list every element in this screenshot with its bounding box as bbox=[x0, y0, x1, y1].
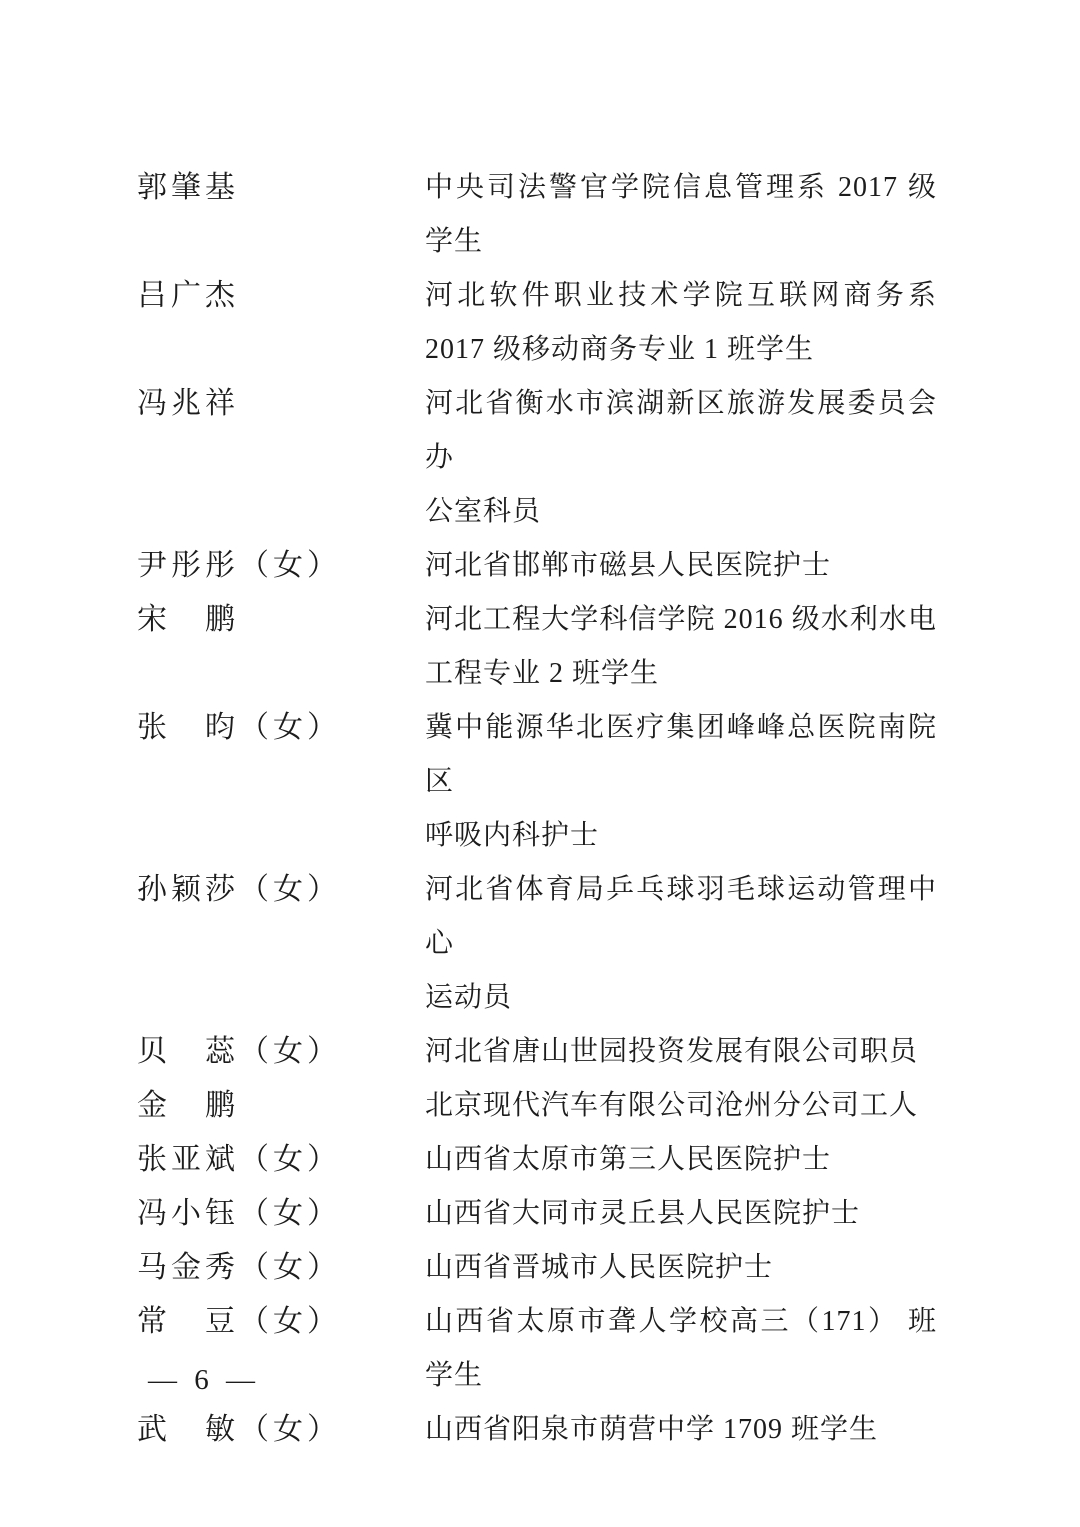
description-line: 山西省太原市聋人学校高三（171） 班 bbox=[425, 1295, 937, 1349]
honoree-name: 张 昀（女） bbox=[137, 701, 425, 755]
list-item: 郭肇基中央司法警官学院信息管理系 2017 级学生 bbox=[137, 161, 937, 269]
description-line: 学生 bbox=[425, 1349, 937, 1403]
honoree-description: 北京现代汽车有限公司沧州分公司工人 bbox=[425, 1079, 937, 1133]
list-item: 张亚斌（女）山西省太原市第三人民医院护士 bbox=[137, 1133, 937, 1187]
list-item: 金 鹏北京现代汽车有限公司沧州分公司工人 bbox=[137, 1079, 937, 1133]
list-item: 吕广杰河北软件职业技术学院互联网商务系2017 级移动商务专业 1 班学生 bbox=[137, 269, 937, 377]
honoree-description: 山西省阳泉市荫营中学 1709 班学生 bbox=[425, 1403, 937, 1457]
honoree-name: 尹彤彤（女） bbox=[137, 539, 425, 593]
description-line: 山西省阳泉市荫营中学 1709 班学生 bbox=[425, 1403, 937, 1457]
description-line: 学生 bbox=[425, 215, 937, 269]
honoree-description: 河北省体育局乒乓球羽毛球运动管理中心运动员 bbox=[425, 863, 937, 1025]
honoree-name: 金 鹏 bbox=[137, 1079, 425, 1133]
honoree-name: 贝 蕊（女） bbox=[137, 1025, 425, 1079]
description-line: 河北省体育局乒乓球羽毛球运动管理中心 bbox=[425, 863, 937, 971]
honoree-description: 河北省唐山世园投资发展有限公司职员 bbox=[425, 1025, 937, 1079]
honoree-description: 山西省大同市灵丘县人民医院护士 bbox=[425, 1187, 937, 1241]
description-line: 河北软件职业技术学院互联网商务系 bbox=[425, 269, 937, 323]
description-line: 山西省大同市灵丘县人民医院护士 bbox=[425, 1187, 937, 1241]
honoree-name: 张亚斌（女） bbox=[137, 1133, 425, 1187]
list-item: 贝 蕊（女）河北省唐山世园投资发展有限公司职员 bbox=[137, 1025, 937, 1079]
list-item: 宋 鹏河北工程大学科信学院 2016 级水利水电工程专业 2 班学生 bbox=[137, 593, 937, 701]
description-line: 公室科员 bbox=[425, 485, 937, 539]
description-line: 冀中能源华北医疗集团峰峰总医院南院区 bbox=[425, 701, 937, 809]
description-line: 2017 级移动商务专业 1 班学生 bbox=[425, 323, 937, 377]
honoree-list: 郭肇基中央司法警官学院信息管理系 2017 级学生吕广杰河北软件职业技术学院互联… bbox=[137, 161, 937, 1457]
description-line: 河北工程大学科信学院 2016 级水利水电 bbox=[425, 593, 937, 647]
honoree-name: 冯兆祥 bbox=[137, 377, 425, 431]
list-item: 冯小钰（女）山西省大同市灵丘县人民医院护士 bbox=[137, 1187, 937, 1241]
list-item: 冯兆祥河北省衡水市滨湖新区旅游发展委员会办公室科员 bbox=[137, 377, 937, 539]
list-item: 武 敏（女）山西省阳泉市荫营中学 1709 班学生 bbox=[137, 1403, 937, 1457]
honoree-name: 郭肇基 bbox=[137, 161, 425, 215]
list-item: 张 昀（女）冀中能源华北医疗集团峰峰总医院南院区呼吸内科护士 bbox=[137, 701, 937, 863]
honoree-name: 孙颖莎（女） bbox=[137, 863, 425, 917]
honoree-description: 中央司法警官学院信息管理系 2017 级学生 bbox=[425, 161, 937, 269]
page-number: — 6 — bbox=[148, 1363, 257, 1397]
honoree-description: 河北省衡水市滨湖新区旅游发展委员会办公室科员 bbox=[425, 377, 937, 539]
description-line: 河北省邯郸市磁县人民医院护士 bbox=[425, 539, 937, 593]
list-item: 常 豆（女）山西省太原市聋人学校高三（171） 班学生 bbox=[137, 1295, 937, 1403]
description-line: 河北省唐山世园投资发展有限公司职员 bbox=[425, 1025, 937, 1079]
honoree-name: 武 敏（女） bbox=[137, 1403, 425, 1457]
list-item: 尹彤彤（女）河北省邯郸市磁县人民医院护士 bbox=[137, 539, 937, 593]
list-item: 马金秀（女）山西省晋城市人民医院护士 bbox=[137, 1241, 937, 1295]
description-line: 工程专业 2 班学生 bbox=[425, 647, 937, 701]
honoree-description: 山西省太原市聋人学校高三（171） 班学生 bbox=[425, 1295, 937, 1403]
honoree-description: 冀中能源华北医疗集团峰峰总医院南院区呼吸内科护士 bbox=[425, 701, 937, 863]
description-line: 山西省晋城市人民医院护士 bbox=[425, 1241, 937, 1295]
honoree-description: 山西省太原市第三人民医院护士 bbox=[425, 1133, 937, 1187]
description-line: 河北省衡水市滨湖新区旅游发展委员会办 bbox=[425, 377, 937, 485]
honoree-name: 宋 鹏 bbox=[137, 593, 425, 647]
honoree-description: 河北省邯郸市磁县人民医院护士 bbox=[425, 539, 937, 593]
description-line: 山西省太原市第三人民医院护士 bbox=[425, 1133, 937, 1187]
description-line: 北京现代汽车有限公司沧州分公司工人 bbox=[425, 1079, 937, 1133]
honoree-name: 冯小钰（女） bbox=[137, 1187, 425, 1241]
document-page: 郭肇基中央司法警官学院信息管理系 2017 级学生吕广杰河北软件职业技术学院互联… bbox=[0, 0, 1080, 1527]
honoree-name: 吕广杰 bbox=[137, 269, 425, 323]
honoree-description: 河北软件职业技术学院互联网商务系2017 级移动商务专业 1 班学生 bbox=[425, 269, 937, 377]
description-line: 中央司法警官学院信息管理系 2017 级 bbox=[425, 161, 937, 215]
list-item: 孙颖莎（女）河北省体育局乒乓球羽毛球运动管理中心运动员 bbox=[137, 863, 937, 1025]
description-line: 运动员 bbox=[425, 971, 937, 1025]
honoree-name: 马金秀（女） bbox=[137, 1241, 425, 1295]
description-line: 呼吸内科护士 bbox=[425, 809, 937, 863]
honoree-description: 山西省晋城市人民医院护士 bbox=[425, 1241, 937, 1295]
honoree-name: 常 豆（女） bbox=[137, 1295, 425, 1349]
honoree-description: 河北工程大学科信学院 2016 级水利水电工程专业 2 班学生 bbox=[425, 593, 937, 701]
